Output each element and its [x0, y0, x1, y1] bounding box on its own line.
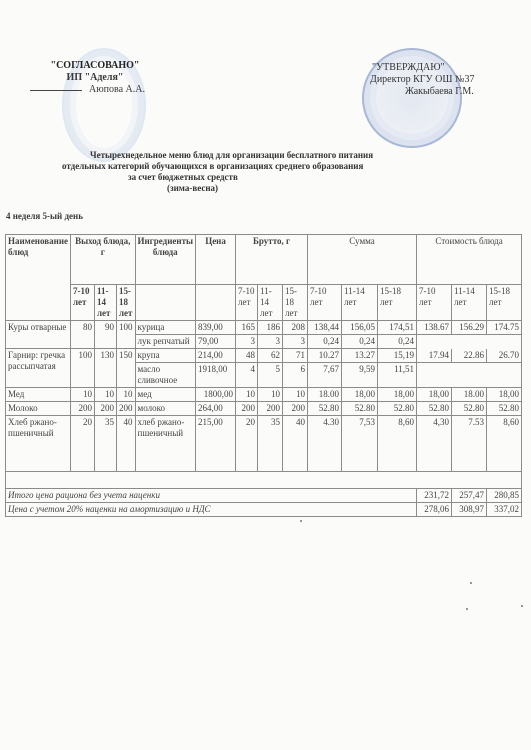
header-brutto: Брутто, г — [236, 235, 308, 285]
approval-left-person: Аюпова А.А. — [40, 84, 150, 96]
brutto-age-2: 11-14 лет — [258, 285, 283, 321]
sum-value: 52.80 — [308, 402, 342, 416]
price: 264,00 — [196, 402, 236, 416]
yield-value: 200 — [71, 402, 95, 416]
sum-value: 18,00 — [378, 388, 417, 402]
ingredient: крупа — [135, 349, 196, 363]
cost-age-1: 7-10 лет — [417, 285, 452, 321]
dish-name: Гарнир: гречка рассыпчатая — [6, 349, 71, 388]
sum-value: 0,24 — [342, 335, 378, 349]
yield-value: 10 — [71, 388, 95, 402]
price: 839,00 — [196, 321, 236, 335]
sum-value: 13.27 — [342, 349, 378, 363]
approval-block-right: "УТВЕРЖДАЮ" Директор КГУ ОШ №37 Жакыбаев… — [370, 62, 474, 98]
sum-value: 156,05 — [342, 321, 378, 335]
cost-empty — [417, 363, 522, 388]
brutto-value: 5 — [258, 363, 283, 388]
total-value: 257,47 — [452, 489, 487, 503]
header-row-2: 7-10 лет 11-14 лет 15-18 лет 7-10 лет 11… — [6, 285, 522, 321]
sum-age-1: 7-10 лет — [308, 285, 342, 321]
approval-right-position: Директор КГУ ОШ №37 — [370, 74, 474, 86]
speck — [300, 520, 302, 522]
sum-value: 8,60 — [378, 416, 417, 472]
sum-age-3: 15-18 лет — [378, 285, 417, 321]
yield-age-1: 7-10 лет — [71, 285, 95, 321]
cost-value: 22.86 — [452, 349, 487, 363]
yield-value: 200 — [117, 402, 136, 416]
brutto-value: 3 — [283, 335, 308, 349]
header-cost: Стоимость блюда — [417, 235, 522, 285]
dish-name: Молоко — [6, 402, 71, 416]
sum-value: 174,51 — [378, 321, 417, 335]
brutto-value: 10 — [283, 388, 308, 402]
cost-value: 26.70 — [487, 349, 522, 363]
sum-value: 10.27 — [308, 349, 342, 363]
sum-value: 7,53 — [342, 416, 378, 472]
spacer-cell — [6, 472, 522, 489]
cost-value: 174.75 — [487, 321, 522, 335]
title-line-1: Четырехнедельное меню блюд для организац… — [0, 150, 531, 161]
sum-value: 138,44 — [308, 321, 342, 335]
price: 214,00 — [196, 349, 236, 363]
sum-value: 7,67 — [308, 363, 342, 388]
brutto-value: 35 — [258, 416, 283, 472]
day-label: 4 неделя 5-ый день — [6, 211, 83, 221]
header-sum: Сумма — [308, 235, 417, 285]
title-line-4: (зима-весна) — [0, 183, 531, 194]
approval-right-heading: "УТВЕРЖДАЮ" — [370, 62, 474, 74]
brutto-value: 48 — [236, 349, 258, 363]
brutto-age-1: 7-10 лет — [236, 285, 258, 321]
title-line-2: отдельных категорий обучающихся в органи… — [0, 161, 531, 172]
sum-value: 18.00 — [308, 388, 342, 402]
brutto-value: 62 — [258, 349, 283, 363]
menu-table: Наименование блюд Выход блюда, г Ингреди… — [5, 234, 522, 517]
yield-value: 100 — [117, 321, 136, 349]
table-row: Мед 10 10 10 мед 1800,00 10 10 10 18.00 … — [6, 388, 522, 402]
total-value: 337,02 — [487, 503, 522, 517]
brutto-value: 40 — [283, 416, 308, 472]
sum-value: 11,51 — [378, 363, 417, 388]
dish-name: Мед — [6, 388, 71, 402]
yield-value: 130 — [95, 349, 117, 388]
ingredient: лук репчатый — [135, 335, 196, 349]
cost-value: 138.67 — [417, 321, 452, 335]
speck — [466, 608, 468, 610]
sum-age-2: 11-14 лет — [342, 285, 378, 321]
total-row: Цена с учетом 20% наценки на амортизацию… — [6, 503, 522, 517]
price: 1800,00 — [196, 388, 236, 402]
approval-left-heading: "СОГЛАСОВАНО" — [40, 60, 150, 72]
yield-value: 90 — [95, 321, 117, 349]
brutto-value: 200 — [283, 402, 308, 416]
brutto-age-3: 15-18 лет — [283, 285, 308, 321]
document-title: Четырехнедельное меню блюд для организац… — [0, 150, 531, 194]
header-yield: Выход блюда, г — [71, 235, 136, 285]
yield-value: 35 — [95, 416, 117, 472]
table-row: Молоко 200 200 200 молоко 264,00 200 200… — [6, 402, 522, 416]
brutto-value: 6 — [283, 363, 308, 388]
price: 215,00 — [196, 416, 236, 472]
dish-name: Куры отварные — [6, 321, 71, 349]
dish-name: Хлеб ржано-пшеничный — [6, 416, 71, 472]
sum-value: 9,59 — [342, 363, 378, 388]
brutto-value: 200 — [236, 402, 258, 416]
yield-value: 40 — [117, 416, 136, 472]
total-row: Итого цена рациона без учета наценки 231… — [6, 489, 522, 503]
cost-value: 7.53 — [452, 416, 487, 472]
ingredient: курица — [135, 321, 196, 335]
table-row: Куры отварные 80 90 100 курица 839,00 16… — [6, 321, 522, 335]
sum-value: 52.80 — [378, 402, 417, 416]
brutto-value: 10 — [236, 388, 258, 402]
ingredient: молоко — [135, 402, 196, 416]
brutto-value: 200 — [258, 402, 283, 416]
approval-right-person: Жакыбаева Г.М. — [370, 86, 474, 98]
ingredient: мед — [135, 388, 196, 402]
brutto-value: 4 — [236, 363, 258, 388]
yield-value: 100 — [71, 349, 95, 388]
cost-value: 8,60 — [487, 416, 522, 472]
total-label: Итого цена рациона без учета наценки — [6, 489, 417, 503]
cost-value: 156.29 — [452, 321, 487, 335]
brutto-value: 208 — [283, 321, 308, 335]
approval-block-left: "СОГЛАСОВАНО" ИП "Аделя" Аюпова А.А. — [40, 60, 150, 96]
cost-value: 18,00 — [417, 388, 452, 402]
header-name: Наименование блюд — [6, 235, 71, 321]
table-row: Гарнир: гречка рассыпчатая 100 130 150 к… — [6, 349, 522, 363]
speck — [470, 582, 472, 584]
yield-value: 10 — [95, 388, 117, 402]
brutto-value: 10 — [258, 388, 283, 402]
table-row: Хлеб ржано-пшеничный 20 35 40 хлеб ржано… — [6, 416, 522, 472]
total-value: 280,85 — [487, 489, 522, 503]
cost-age-3: 15-18 лет — [487, 285, 522, 321]
cost-value: 4,30 — [417, 416, 452, 472]
approval-left-org: ИП "Аделя" — [40, 72, 150, 84]
speck — [521, 605, 523, 607]
cost-value: 52.80 — [452, 402, 487, 416]
cost-value: 18.00 — [452, 388, 487, 402]
price: 79,00 — [196, 335, 236, 349]
brutto-value: 165 — [236, 321, 258, 335]
ingredient-subheader — [135, 285, 196, 321]
ingredient: масло сливочное — [135, 363, 196, 388]
header-price: Цена — [196, 235, 236, 285]
header-row-1: Наименование блюд Выход блюда, г Ингреди… — [6, 235, 522, 285]
brutto-value: 186 — [258, 321, 283, 335]
total-label: Цена с учетом 20% наценки на амортизацию… — [6, 503, 417, 517]
yield-value: 200 — [95, 402, 117, 416]
ingredient: хлеб ржано-пшеничный — [135, 416, 196, 472]
sum-value: 4.30 — [308, 416, 342, 472]
yield-value: 80 — [71, 321, 95, 349]
yield-value: 10 — [117, 388, 136, 402]
cost-empty — [417, 335, 522, 349]
cost-value: 18,00 — [487, 388, 522, 402]
yield-age-2: 11-14 лет — [95, 285, 117, 321]
cost-value: 17.94 — [417, 349, 452, 363]
brutto-value: 71 — [283, 349, 308, 363]
price: 1918,00 — [196, 363, 236, 388]
brutto-value: 3 — [236, 335, 258, 349]
cost-age-2: 11-14 лет — [452, 285, 487, 321]
spacer-row — [6, 472, 522, 489]
sum-value: 15,19 — [378, 349, 417, 363]
brutto-value: 3 — [258, 335, 283, 349]
title-line-3: за счет бюджетных средств — [0, 172, 531, 183]
total-value: 278,06 — [417, 503, 452, 517]
header-ingredients: Ингредиенты блюда — [135, 235, 196, 285]
cost-value: 52.80 — [487, 402, 522, 416]
yield-age-3: 15-18 лет — [117, 285, 136, 321]
sum-value: 52.80 — [342, 402, 378, 416]
sum-value: 0,24 — [308, 335, 342, 349]
sum-value: 18,00 — [342, 388, 378, 402]
price-subheader — [196, 285, 236, 321]
total-value: 308,97 — [452, 503, 487, 517]
total-value: 231,72 — [417, 489, 452, 503]
cost-value: 52.80 — [417, 402, 452, 416]
yield-value: 20 — [71, 416, 95, 472]
brutto-value: 20 — [236, 416, 258, 472]
sum-value: 0,24 — [378, 335, 417, 349]
yield-value: 150 — [117, 349, 136, 388]
